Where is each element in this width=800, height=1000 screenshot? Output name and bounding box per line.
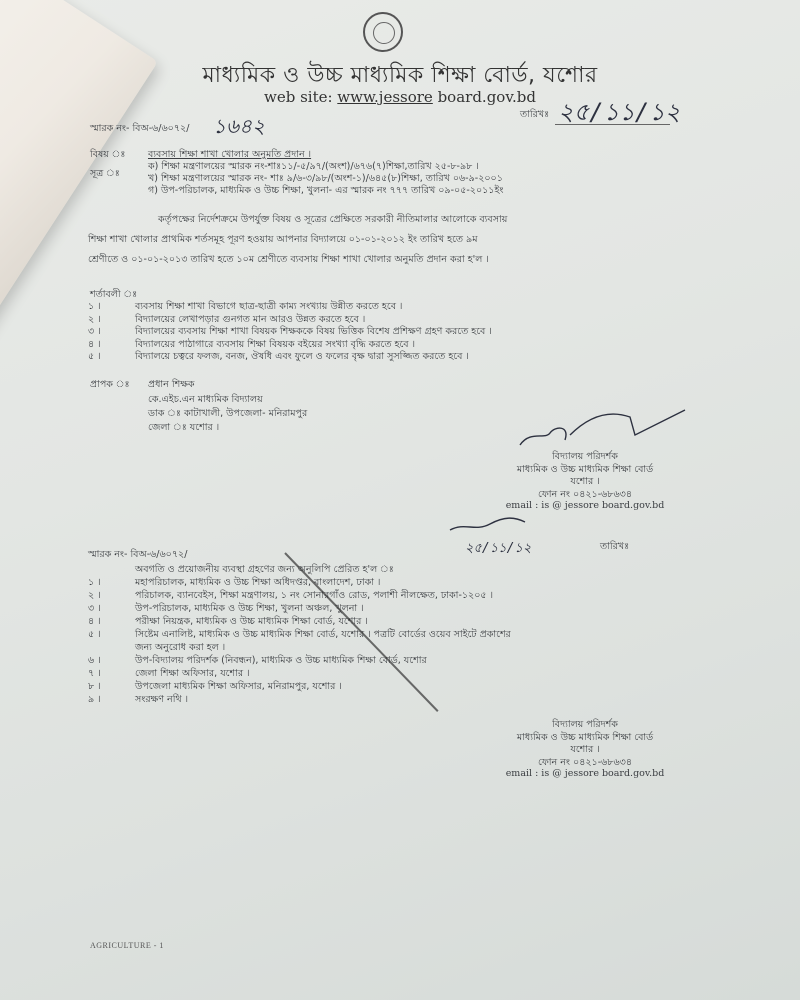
references-label: সূত্র ঃ [90, 167, 120, 182]
date-underline [555, 124, 670, 125]
date-handwritten: ২৫/১১/১২ [558, 94, 680, 134]
body-line: শিক্ষা শাখা খোলার প্রাথমিক শর্তসমূহ পূরণ… [88, 233, 477, 248]
recipient-label: প্রাপক ঃ [90, 378, 130, 393]
copy-memo-ref-label: স্মারক নং- বিঅ-৬/৬০৭২/ [88, 548, 187, 563]
subject-label: বিষয় ঃ [90, 148, 125, 163]
condition-number: ৫ । [88, 350, 101, 365]
signature-line: email : is @ jessore board.gov.bd [506, 768, 665, 779]
recipient-line: প্রধান শিক্ষক [148, 378, 195, 393]
copy-recipient-number: ৯ । [88, 693, 101, 708]
body-line: শ্রেণীতে ও ০১-০১-২০১৩ তারিখ হতে ১০ম শ্রে… [88, 253, 489, 268]
website-url-part: www.jessore [337, 88, 433, 106]
svg-text:২৫/১১/১২: ২৫/১১/১২ [465, 541, 531, 556]
memo-ref-handwritten: ১৬৪২ [213, 112, 265, 145]
website-label: web site: [264, 88, 337, 106]
recipient-line: কে.এইচ.এন মাধ্যমিক বিদ্যালয় [148, 393, 263, 408]
signature-1 [510, 405, 700, 455]
memo-ref-label: স্মারক নং- বিঅ-৬/৬০৭২/ [90, 122, 189, 137]
recipient-line: জেলা ঃ যশোর । [148, 421, 219, 436]
reference-item: গ) উপ-পরিচালক, মাধ্যমিক ও উচ্চ শিক্ষা, খ… [148, 184, 504, 199]
date-label: তারিখঃ [520, 108, 549, 123]
copy-memo-date-label: তারিখঃ [600, 540, 629, 555]
copy-recipient-number: ৫ । [88, 628, 101, 643]
copy-recipient-text: সংরক্ষণ নথি । [135, 693, 188, 708]
board-logo-emblem [363, 12, 403, 52]
website-url-rest: board.gov.bd [433, 88, 536, 106]
body-line: কর্তৃপক্ষের নির্দেশক্রমে উপর্যুক্ত বিষয়… [158, 213, 507, 228]
signature-line: email : is @ jessore board.gov.bd [506, 500, 665, 511]
condition-text: বিদ্যালয়ে চত্বরে ফলজ, বনজ, ঔষধি এবং ফুল… [135, 350, 469, 365]
recipient-line: ডাক ঃ কাটাখালী, উপজেলা- মনিরামপুর [148, 407, 307, 422]
footer-label: AGRICULTURE - 1 [90, 941, 164, 950]
signature-2-initials: ২৫/১১/১২ [445, 512, 555, 557]
